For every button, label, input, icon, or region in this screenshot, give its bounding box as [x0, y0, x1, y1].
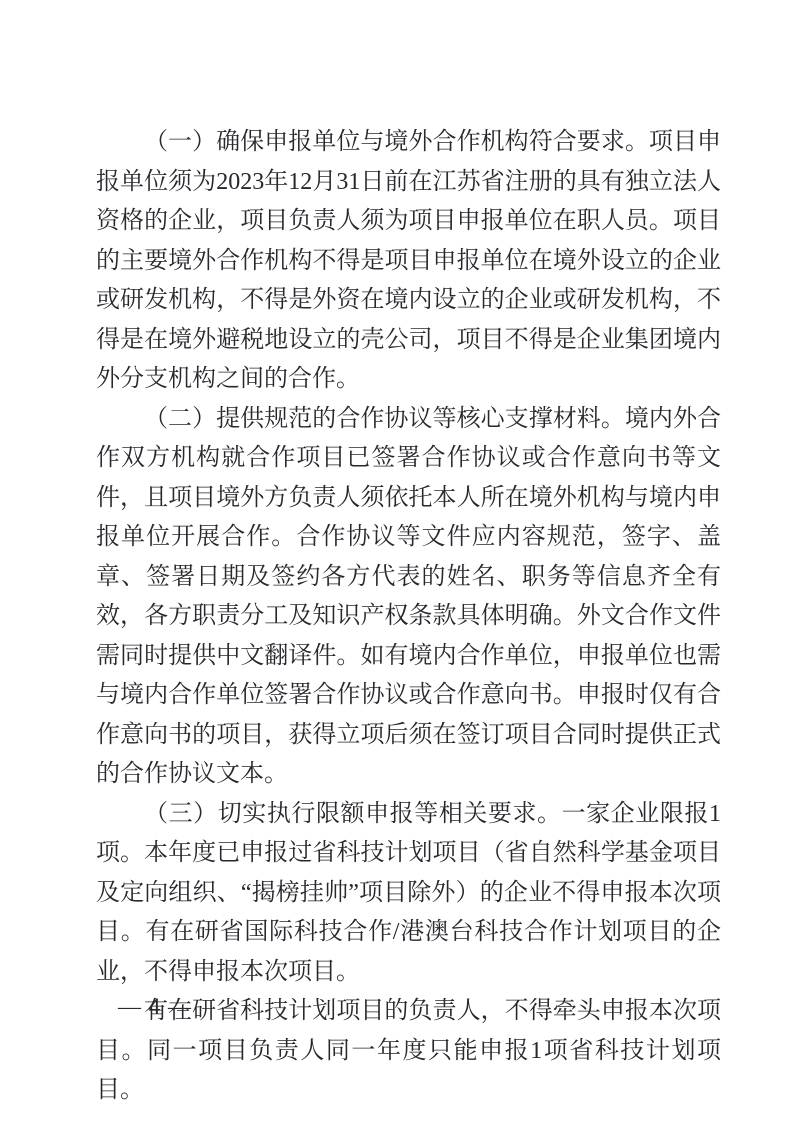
document-page: （一）确保申报单位与境外合作机构符合要求。项目申报单位须为2023年12月31日…	[0, 0, 794, 1123]
paragraph-requirement-3: （三）切实执行限额申报等相关要求。一家企业限报1项。本年度已申报过省科技计划项目…	[96, 795, 721, 993]
paragraph-requirement-2: （二）提供规范的合作协议等核心支撑材料。境内外合作双方机构就合作项目已签署合作协…	[96, 400, 721, 795]
document-body: （一）确保申报单位与境外合作机构符合要求。项目申报单位须为2023年12月31日…	[96, 123, 721, 1111]
page-number: — 4 —	[118, 993, 192, 1021]
paragraph-requirement-1: （一）确保申报单位与境外合作机构符合要求。项目申报单位须为2023年12月31日…	[96, 123, 721, 400]
